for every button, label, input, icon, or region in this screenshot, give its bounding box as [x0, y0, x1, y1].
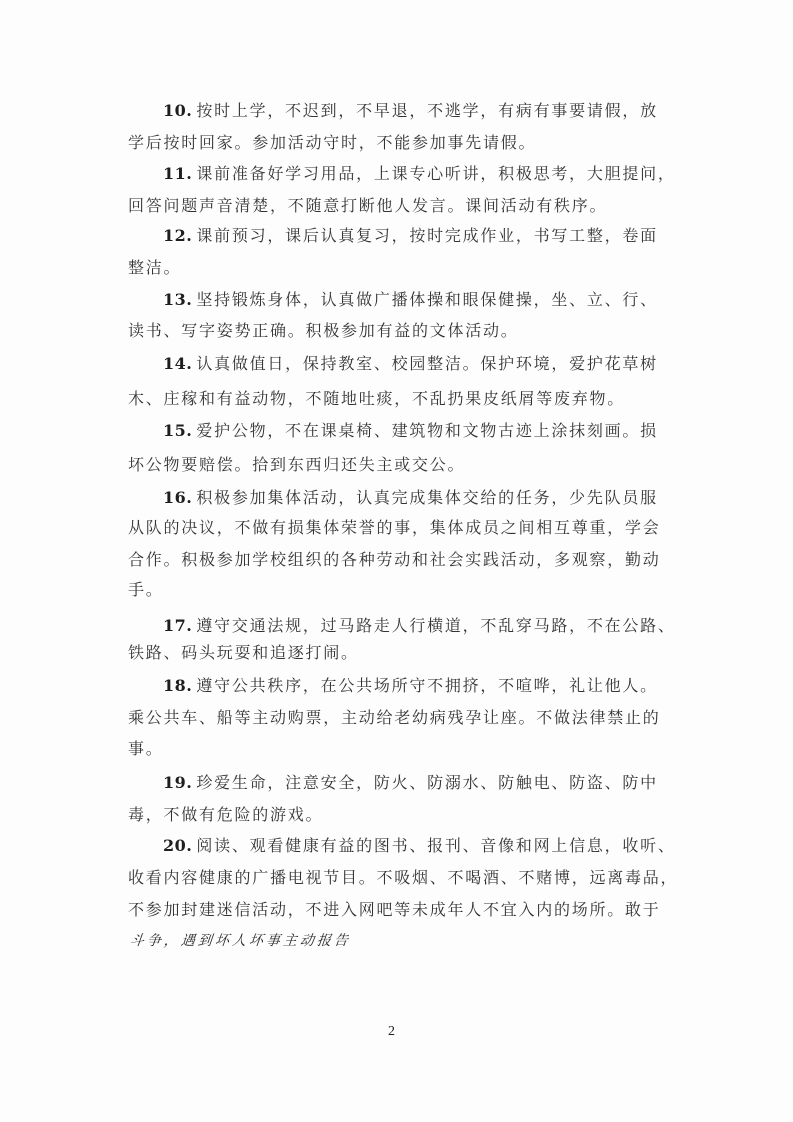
- item-12-line-2: 整洁。: [128, 256, 668, 280]
- item-text: 积极参加集体活动，认真完成集体交给的任务，少先队员服: [196, 488, 658, 507]
- item-text: 遵守公共秩序，在公共场所守不拥挤，不喧哗，礼让他人。: [196, 676, 658, 695]
- item-number: 20.: [163, 836, 192, 855]
- item-16-line-4: 手。: [128, 578, 668, 602]
- item-number: 19.: [163, 773, 192, 792]
- item-19-line-2: 毒，不做有危险的游戏。: [128, 803, 668, 827]
- item-number: 15.: [163, 421, 192, 440]
- item-text: 珍爱生命，注意安全，防火、防溺水、防触电、防盗、防中: [196, 773, 658, 792]
- item-text: 阅读、观看健康有益的图书、报刊、音像和网上信息，收听、: [196, 836, 675, 855]
- item-16-line-2: 从队的决议，不做有损集体荣誉的事，集体成员之间相互尊重，学会: [128, 516, 668, 540]
- item-number: 10.: [163, 101, 192, 120]
- item-17-line-1: 17.遵守交通法规，过马路走人行横道，不乱穿马路，不在公路、: [163, 614, 703, 638]
- item-text: 课前准备好学习用品，上课专心听讲，积极思考，大胆提问，: [196, 164, 675, 183]
- item-14-line-1: 14.认真做值日，保持教室、校园整洁。保护环境，爱护花草树: [163, 352, 703, 376]
- item-text: 遵守交通法规，过马路走人行横道，不乱穿马路，不在公路、: [196, 616, 675, 635]
- item-13-line-2: 读书、写字姿势正确。积极参加有益的文体活动。: [128, 319, 668, 343]
- item-number: 14.: [163, 354, 192, 373]
- item-20-line-2: 收看内容健康的广播电视节目。不吸烟、不喝酒、不赌博，远离毒品，: [128, 866, 668, 890]
- item-number: 13.: [163, 290, 192, 309]
- document-page: 10.按时上学，不迟到，不早退，不逃学，有病有事要请假，放 学后按时回家。参加活…: [0, 0, 793, 1122]
- item-15-line-1: 15.爱护公物，不在课桌椅、建筑物和文物古迹上涂抹刻画。损: [163, 419, 703, 443]
- item-text: 按时上学，不迟到，不早退，不逃学，有病有事要请假，放: [196, 101, 658, 120]
- item-18-line-3: 事。: [128, 737, 668, 761]
- item-14-line-2: 木、庄稼和有益动物，不随地吐痰，不乱扔果皮纸屑等废弃物。: [128, 387, 668, 411]
- item-11-line-1: 11.课前准备好学习用品，上课专心听讲，积极思考，大胆提问，: [163, 162, 703, 186]
- item-number: 16.: [163, 488, 192, 507]
- item-text: 认真做值日，保持教室、校园整洁。保护环境，爱护花草树: [196, 354, 658, 373]
- item-13-line-1: 13.坚持锻炼身体，认真做广播体操和眼保健操，坐、立、行、: [163, 288, 703, 312]
- item-18-line-2: 乘公共车、船等主动购票，主动给老幼病残孕让座。不做法律禁止的: [128, 706, 668, 730]
- item-19-line-1: 19.珍爱生命，注意安全，防火、防溺水、防触电、防盗、防中: [163, 771, 703, 795]
- item-20-line-3: 不参加封建迷信活动，不进入网吧等未成年人不宜入内的场所。敢于: [128, 898, 668, 922]
- item-17-line-2: 铁路、码头玩耍和追逐打闹。: [128, 641, 668, 665]
- item-number: 17.: [163, 616, 192, 635]
- handwritten-note: 斗争，遇到坏人坏事主动报告: [129, 930, 352, 950]
- item-20-line-1: 20.阅读、观看健康有益的图书、报刊、音像和网上信息，收听、: [163, 834, 703, 858]
- item-text: 课前预习，课后认真复习，按时完成作业，书写工整，卷面: [196, 226, 658, 245]
- item-number: 18.: [163, 676, 192, 695]
- item-18-line-1: 18.遵守公共秩序，在公共场所守不拥挤，不喧哗，礼让他人。: [163, 674, 703, 698]
- item-number: 12.: [163, 226, 192, 245]
- item-16-line-1: 16.积极参加集体活动，认真完成集体交给的任务，少先队员服: [163, 486, 703, 510]
- item-15-line-2: 坏公物要赔偿。拾到东西归还失主或交公。: [128, 453, 668, 477]
- item-number: 11.: [163, 164, 192, 183]
- page-number: 2: [388, 1024, 395, 1040]
- item-11-line-2: 回答问题声音清楚，不随意打断他人发言。课间活动有秩序。: [128, 194, 668, 218]
- item-text: 爱护公物，不在课桌椅、建筑物和文物古迹上涂抹刻画。损: [196, 421, 658, 440]
- item-12-line-1: 12.课前预习，课后认真复习，按时完成作业，书写工整，卷面: [163, 224, 703, 248]
- item-16-line-3: 合作。积极参加学校组织的各种劳动和社会实践活动，多观察，勤动: [128, 548, 668, 572]
- item-10-line-2: 学后按时回家。参加活动守时，不能参加事先请假。: [128, 131, 668, 155]
- item-10-line-1: 10.按时上学，不迟到，不早退，不逃学，有病有事要请假，放: [163, 99, 703, 123]
- item-text: 坚持锻炼身体，认真做广播体操和眼保健操，坐、立、行、: [196, 290, 658, 309]
